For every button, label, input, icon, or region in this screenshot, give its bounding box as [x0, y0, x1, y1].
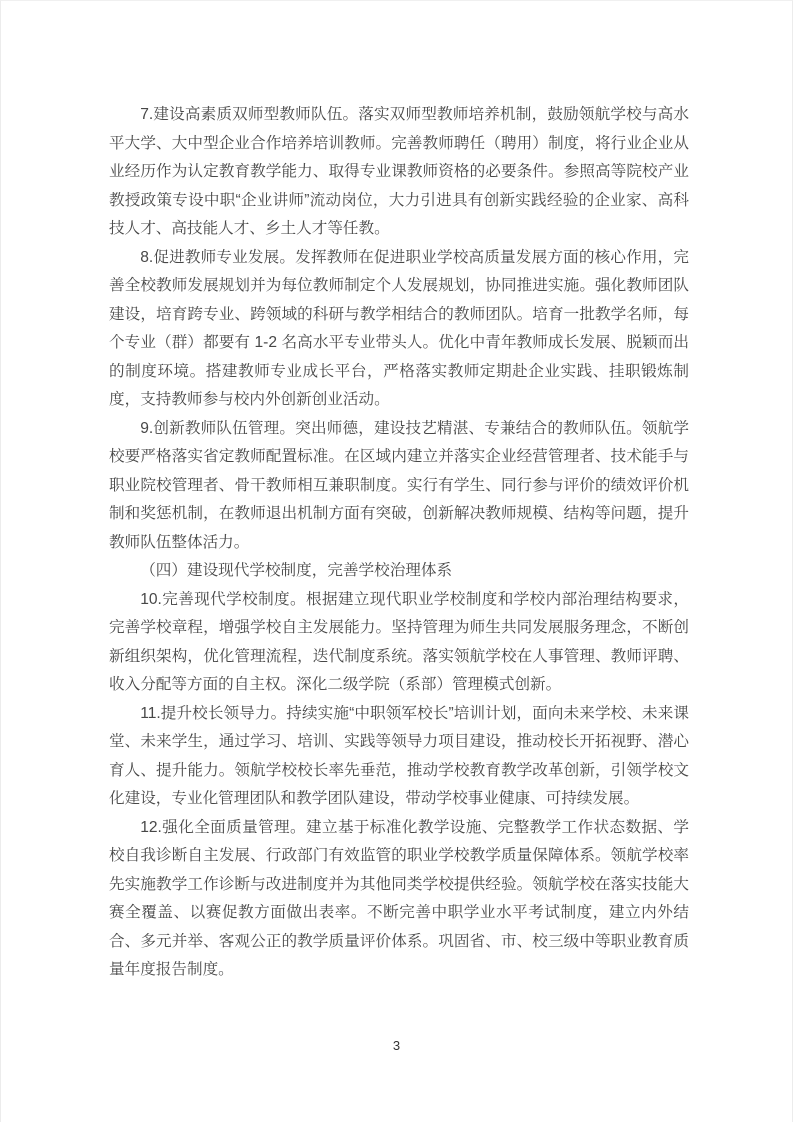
- paragraph-11: 11.提升校长领导力。持续实施“中职领军校长”培训计划，面向未来学校、未来课堂、…: [109, 700, 689, 814]
- paragraph-8: 8.促进教师专业发展。发挥教师在促进职业学校高质量发展方面的核心作用，完善全校教…: [109, 244, 689, 415]
- paragraph-9: 9.创新教师队伍管理。突出师德，建设技艺精湛、专兼结合的教师队伍。领航学校要严格…: [109, 415, 689, 558]
- paragraph-7: 7.建设高素质双师型教师队伍。落实双师型教师培养机制，鼓励领航学校与高水平大学、…: [109, 101, 689, 244]
- page-number: 3: [393, 1038, 400, 1053]
- paragraph-12: 12.强化全面质量管理。建立基于标准化教学设施、完整教学工作状态数据、学校自我诊…: [109, 814, 689, 985]
- document-page: 7.建设高素质双师型教师队伍。落实双师型教师培养机制，鼓励领航学校与高水平大学、…: [0, 0, 793, 1122]
- document-body: 7.建设高素质双师型教师队伍。落实双师型教师培养机制，鼓励领航学校与高水平大学、…: [109, 101, 689, 985]
- section-heading-4: （四）建设现代学校制度，完善学校治理体系: [109, 557, 689, 586]
- page-footer: 3: [1, 1037, 792, 1055]
- paragraph-10: 10.完善现代学校制度。根据建立现代职业学校制度和学校内部治理结构要求，完善学校…: [109, 586, 689, 700]
